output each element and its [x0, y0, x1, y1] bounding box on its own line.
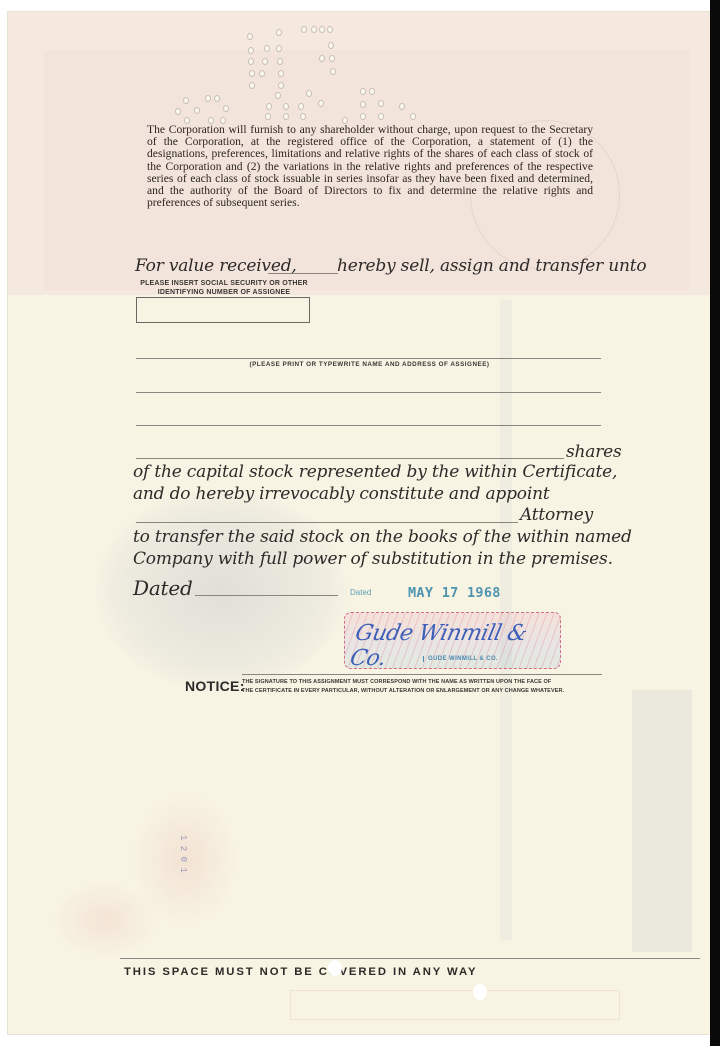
- assignee-name-caption: (PLEASE PRINT OR TYPEWRITE NAME AND ADDR…: [137, 361, 602, 368]
- shareholder-rights-notice: The Corporation will furnish to any shar…: [147, 124, 593, 209]
- stamp-date: MAY 17 1968: [408, 585, 501, 601]
- assignee-ssn-field[interactable]: [136, 297, 310, 323]
- hereby-transfer-text: hereby sell, assign and transfer unto: [337, 256, 646, 276]
- signature-guarantee-stamp: Gude Winmill & Co. GUDE WINMILL & CO.: [344, 612, 561, 669]
- ssn-label: PLEASE INSERT SOCIAL SECURITY OR OTHER I…: [134, 280, 314, 297]
- assignee-name-line[interactable]: [136, 358, 601, 359]
- scan-border-bottom: [0, 1034, 720, 1046]
- attorney-word: Attorney: [520, 505, 593, 525]
- shares-count-line[interactable]: [136, 458, 564, 459]
- footer-rule: [120, 958, 700, 959]
- do-not-cover-warning: THIS SPACE MUST NOT BE COVERED IN ANY WA…: [124, 966, 477, 978]
- date-line[interactable]: [195, 595, 338, 596]
- punch-hole: [328, 960, 342, 976]
- scan-border-right: [710, 0, 720, 1046]
- broker-firm-name: GUDE WINMILL & CO.: [423, 656, 498, 662]
- ghost-number-boxes: [290, 990, 620, 1020]
- substitution-text: Company with full power of substitution …: [133, 549, 613, 569]
- stamp-dated-label: Dated: [350, 588, 371, 597]
- assignee-address-line-1[interactable]: [136, 392, 601, 393]
- attorney-name-line[interactable]: [136, 522, 518, 523]
- notice-body: THE SIGNATURE TO THIS ASSIGNMENT MUST CO…: [242, 678, 602, 696]
- transfer-text: to transfer the said stock on the books …: [133, 527, 632, 547]
- capital-stock-text: of the capital stock represented by the …: [133, 462, 603, 482]
- signature-line[interactable]: [242, 674, 602, 675]
- consideration-line: [268, 273, 338, 274]
- shares-word: shares: [566, 442, 622, 462]
- notice-heading: NOTICE:: [185, 678, 245, 694]
- assignee-address-line-2[interactable]: [136, 425, 601, 426]
- ghost-side-number: 1 2 0 1: [178, 835, 188, 873]
- appoint-text: and do hereby irrevocably constitute and…: [133, 484, 549, 504]
- scan-border-top: [0, 0, 720, 12]
- punch-hole: [473, 984, 487, 1000]
- dated-label: Dated: [133, 576, 193, 600]
- scan-border-left: [0, 0, 8, 1046]
